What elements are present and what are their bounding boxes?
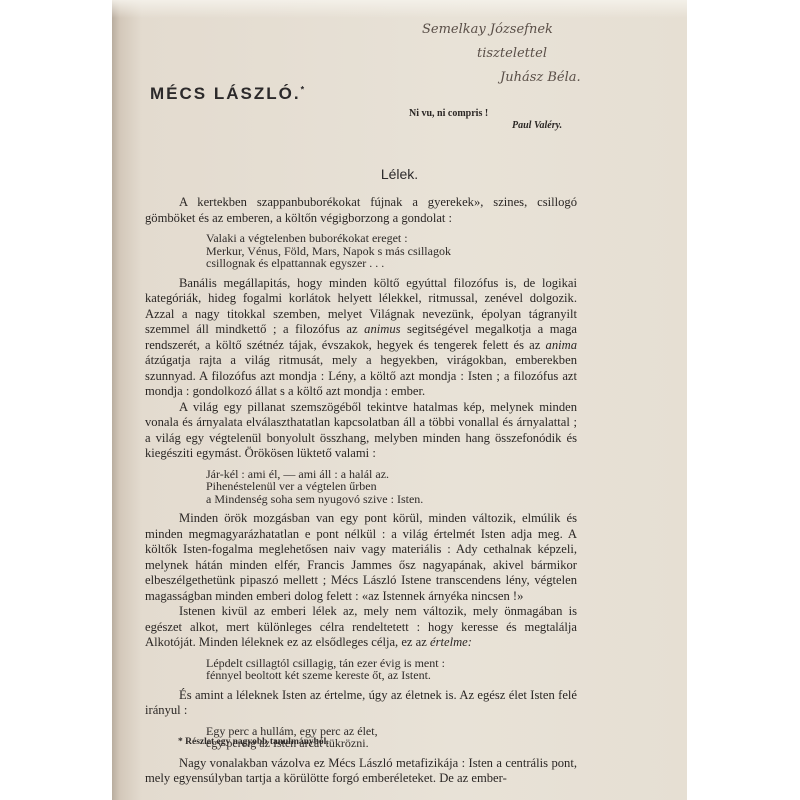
- italic-term: értelme:: [430, 635, 472, 649]
- body-paragraph: A világ egy pillanat szemszögéből tekint…: [145, 400, 577, 462]
- verse-quote: Jár-kél : ami él, — ami áll : a halál az…: [206, 468, 577, 506]
- article-title: MÉCS LÁSZLÓ.*: [150, 84, 304, 104]
- motto-author: Paul Valéry.: [512, 120, 562, 131]
- dedication-line: tisztelettel: [422, 42, 642, 66]
- body-paragraph: A kertekben szappanbuborékokat fújnak a …: [145, 195, 577, 226]
- paragraph-text: Istenen kivül az emberi lélek az, mely n…: [145, 604, 577, 649]
- dedication-line: Semelkay Józsefnek: [422, 18, 642, 42]
- verse-quote: Valaki a végtelenben buborékokat ereget …: [206, 232, 577, 270]
- body-paragraph: Banális megállapitás, hogy minden költő …: [145, 276, 577, 400]
- italic-term: anima: [546, 338, 577, 352]
- section-title: Lélek.: [112, 166, 687, 182]
- verse-line: Pihenéstelenül ver a végtelen űrben: [206, 480, 577, 493]
- paragraph-text: Minden örök mozgásban van egy pont körül…: [145, 511, 577, 603]
- verse-line: csillognak és elpattannak egyszer . . .: [206, 257, 577, 270]
- body-paragraph: Istenen kivül az emberi lélek az, mely n…: [145, 604, 577, 651]
- article-body: A kertekben szappanbuborékokat fújnak a …: [145, 195, 577, 787]
- body-paragraph: Minden örök mozgásban van egy pont körül…: [145, 511, 577, 604]
- paragraph-text: átzúgatja rajta a világ ritmusát, mely a…: [145, 353, 577, 398]
- body-paragraph: És amint a léleknek Isten az értelme, úg…: [145, 688, 577, 719]
- paragraph-text: A világ egy pillanat szemszögéből tekint…: [145, 400, 577, 461]
- verse-quote: Lépdelt csillagtól csillagig, tán ezer é…: [206, 657, 577, 682]
- book-page: Semelkay Józsefnek tisztelettel Juhász B…: [112, 0, 687, 800]
- paragraph-text: És amint a léleknek Isten az értelme, úg…: [145, 688, 577, 718]
- body-paragraph: Nagy vonalakban vázolva ez Mécs László m…: [145, 756, 577, 787]
- dedication-signature: Juhász Béla.: [422, 66, 642, 90]
- verse-line: a Mindenség soha sem nyugovó szive : Ist…: [206, 493, 577, 506]
- footnote: * Részlet egy nagyobb tanulmányból.: [178, 737, 329, 747]
- paragraph-text: A kertekben szappanbuborékokat fújnak a …: [145, 195, 577, 225]
- paragraph-text: Nagy vonalakban vázolva ez Mécs László m…: [145, 756, 577, 786]
- footnote-mark: *: [301, 84, 305, 94]
- italic-term: animus: [364, 322, 400, 336]
- article-title-text: MÉCS LÁSZLÓ.: [150, 84, 301, 103]
- motto-text: Ni vu, ni compris !: [409, 108, 488, 119]
- verse-line: fénnyel beoltott két szeme kereste őt, a…: [206, 669, 577, 682]
- handwritten-dedication: Semelkay Józsefnek tisztelettel Juhász B…: [422, 18, 642, 90]
- verse-line: Valaki a végtelenben buborékokat ereget …: [206, 232, 577, 245]
